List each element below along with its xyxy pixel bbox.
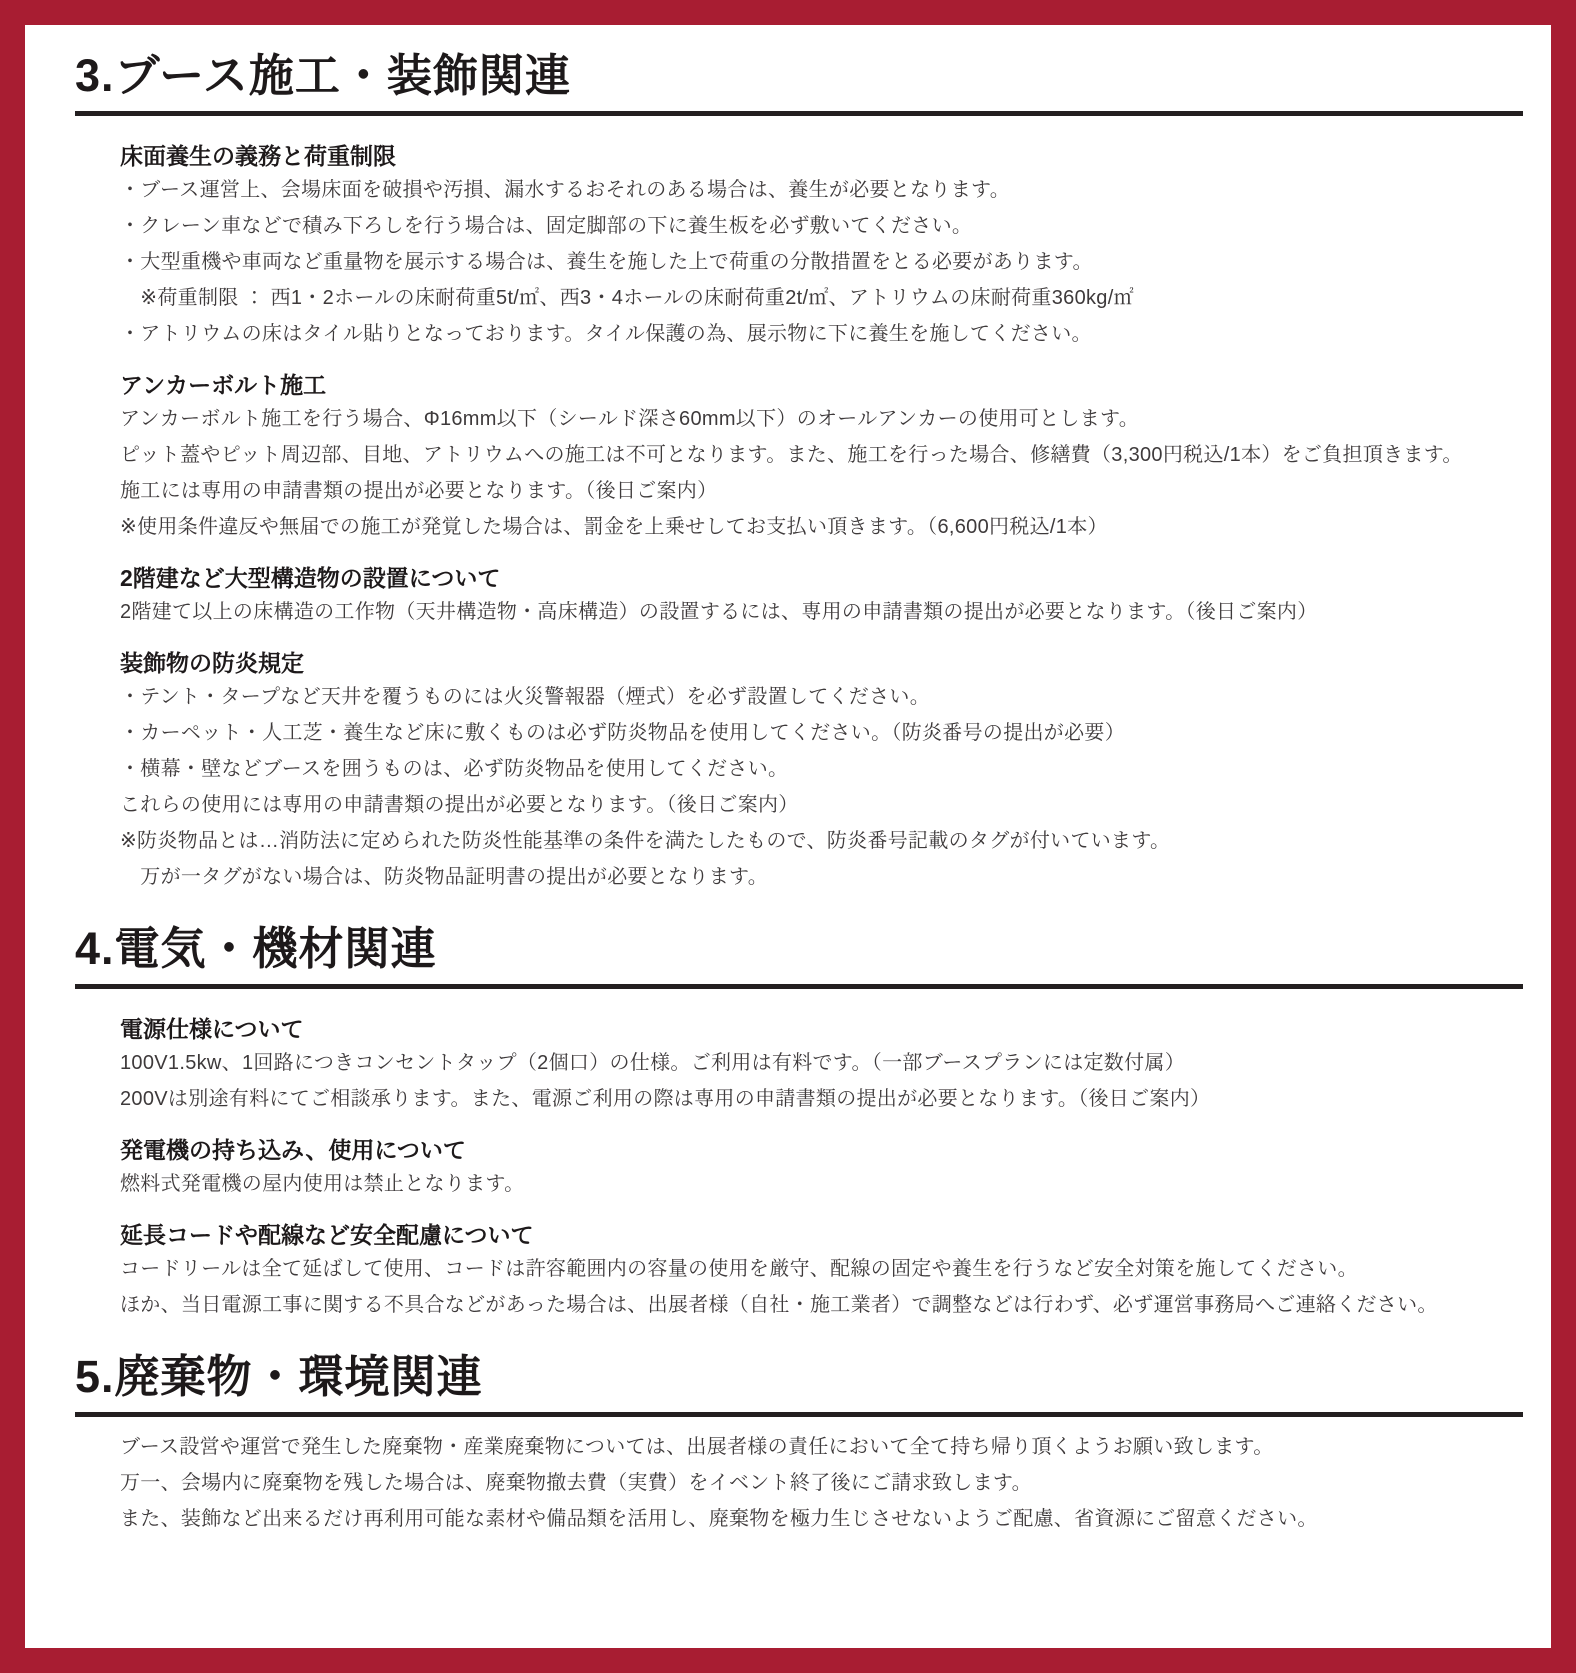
body-line: ※荷重制限 ： 西1・2ホールの床耐荷重5t/㎡、西3・4ホールの床耐荷重2t/… bbox=[120, 288, 1523, 309]
body-line: ※使用条件違反や無届での施工が発覚した場合は、罰金を上乗せしてお支払い頂きます。… bbox=[120, 517, 1523, 538]
body-line: 施工には専用の申請書類の提出が必要となります。（後日ご案内） bbox=[120, 481, 1523, 502]
section-title-rule bbox=[75, 1412, 1523, 1417]
subsection-heading: 発電機の持ち込み、使用について bbox=[120, 1137, 1523, 1163]
body-line: ・ブース運営上、会場床面を破損や汚損、漏水するおそれのある場合は、養生が必要とな… bbox=[120, 180, 1523, 201]
body-line: ピット蓋やピット周辺部、目地、アトリウムへの施工は不可となります。また、施工を行… bbox=[120, 445, 1523, 466]
section-title: 3.ブース施工・装飾関連 bbox=[75, 51, 1523, 101]
section-electric-equipment: 4.電気・機材関連 電源仕様について 100V1.5kw、1回路につきコンセント… bbox=[75, 924, 1523, 1316]
subsection-waste-rules: ブース設営や運営で発生した廃棄物・産業廃棄物については、出展者様の責任において全… bbox=[120, 1437, 1523, 1530]
subsection-power-spec: 電源仕様について 100V1.5kw、1回路につきコンセントタップ（2個口）の仕… bbox=[120, 1016, 1523, 1110]
document-page: 3.ブース施工・装飾関連 床面養生の義務と荷重制限 ・ブース運営上、会場床面を破… bbox=[0, 0, 1576, 1673]
subsection-anchor-bolt: アンカーボルト施工 アンカーボルト施工を行う場合、Φ16mm以下（シールド深さ6… bbox=[120, 372, 1523, 538]
body-line: ほか、当日電源工事に関する不具合などがあった場合は、出展者様（自社・施工業者）で… bbox=[120, 1295, 1523, 1316]
body-line: 燃料式発電機の屋内使用は禁止となります。 bbox=[120, 1174, 1523, 1195]
body-line: 2階建て以上の床構造の工作物（天井構造物・高床構造）の設置するには、専用の申請書… bbox=[120, 602, 1523, 623]
body-line: ・大型重機や車両など重量物を展示する場合は、養生を施した上で荷重の分散措置をとる… bbox=[120, 252, 1523, 273]
subsection-heading: 延長コードや配線など安全配慮について bbox=[120, 1222, 1523, 1248]
subsection-heading: 2階建など大型構造物の設置について bbox=[120, 565, 1523, 591]
section-booth-construction: 3.ブース施工・装飾関連 床面養生の義務と荷重制限 ・ブース運営上、会場床面を破… bbox=[75, 51, 1523, 888]
section-body: 電源仕様について 100V1.5kw、1回路につきコンセントタップ（2個口）の仕… bbox=[120, 1016, 1523, 1316]
body-line: ・クレーン車などで積み下ろしを行う場合は、固定脚部の下に養生板を必ず敷いてくださ… bbox=[120, 216, 1523, 237]
body-line: ・テント・タープなど天井を覆うものには火災警報器（煙式）を必ず設置してください。 bbox=[120, 687, 1523, 708]
body-line: ・横幕・壁などブースを囲うものは、必ず防炎物品を使用してください。 bbox=[120, 759, 1523, 780]
subsection-heading: 電源仕様について bbox=[120, 1016, 1523, 1042]
document-content: 3.ブース施工・装飾関連 床面養生の義務と荷重制限 ・ブース運営上、会場床面を破… bbox=[25, 25, 1551, 1648]
section-title-rule bbox=[75, 984, 1523, 989]
section-waste-environment: 5.廃棄物・環境関連 ブース設営や運営で発生した廃棄物・産業廃棄物については、出… bbox=[75, 1352, 1523, 1530]
section-title: 4.電気・機材関連 bbox=[75, 924, 1523, 974]
section-title-rule bbox=[75, 111, 1523, 116]
subsection-extension-cord-safety: 延長コードや配線など安全配慮について コードリールは全て延ばして使用、コードは許… bbox=[120, 1222, 1523, 1316]
section-title: 5.廃棄物・環境関連 bbox=[75, 1352, 1523, 1402]
body-line: 万一、会場内に廃棄物を残した場合は、廃棄物撤去費（実費）をイベント終了後にご請求… bbox=[120, 1473, 1523, 1494]
subsection-floor-protection: 床面養生の義務と荷重制限 ・ブース運営上、会場床面を破損や汚損、漏水するおそれの… bbox=[120, 143, 1523, 345]
body-line: ブース設営や運営で発生した廃棄物・産業廃棄物については、出展者様の責任において全… bbox=[120, 1437, 1523, 1458]
body-line: 万が一タグがない場合は、防炎物品証明書の提出が必要となります。 bbox=[120, 867, 1523, 888]
subsection-fireproof-decoration: 装飾物の防炎規定 ・テント・タープなど天井を覆うものには火災警報器（煙式）を必ず… bbox=[120, 650, 1523, 888]
body-line: ※防炎物品とは…消防法に定められた防炎性能基準の条件を満たしたもので、防炎番号記… bbox=[120, 831, 1523, 852]
body-line: また、装飾など出来るだけ再利用可能な素材や備品類を活用し、廃棄物を極力生じさせな… bbox=[120, 1509, 1523, 1530]
body-line: アンカーボルト施工を行う場合、Φ16mm以下（シールド深さ60mm以下）のオール… bbox=[120, 409, 1523, 430]
body-line: これらの使用には専用の申請書類の提出が必要となります。（後日ご案内） bbox=[120, 795, 1523, 816]
body-line: 100V1.5kw、1回路につきコンセントタップ（2個口）の仕様。ご利用は有料で… bbox=[120, 1053, 1523, 1074]
body-line: ・アトリウムの床はタイル貼りとなっております。タイル保護の為、展示物に下に養生を… bbox=[120, 324, 1523, 345]
subsection-heading: アンカーボルト施工 bbox=[120, 372, 1523, 398]
body-line: コードリールは全て延ばして使用、コードは許容範囲内の容量の使用を厳守、配線の固定… bbox=[120, 1259, 1523, 1280]
section-body: ブース設営や運営で発生した廃棄物・産業廃棄物については、出展者様の責任において全… bbox=[120, 1437, 1523, 1530]
subsection-heading: 床面養生の義務と荷重制限 bbox=[120, 143, 1523, 169]
body-line: ・カーペット・人工芝・養生など床に敷くものは必ず防炎物品を使用してください。（防… bbox=[120, 723, 1523, 744]
section-body: 床面養生の義務と荷重制限 ・ブース運営上、会場床面を破損や汚損、漏水するおそれの… bbox=[120, 143, 1523, 888]
subsection-heading: 装飾物の防炎規定 bbox=[120, 650, 1523, 676]
subsection-large-structures: 2階建など大型構造物の設置について 2階建て以上の床構造の工作物（天井構造物・高… bbox=[120, 565, 1523, 623]
body-line: 200Vは別途有料にてご相談承ります。また、電源ご利用の際は専用の申請書類の提出… bbox=[120, 1089, 1523, 1110]
subsection-generator: 発電機の持ち込み、使用について 燃料式発電機の屋内使用は禁止となります。 bbox=[120, 1137, 1523, 1195]
